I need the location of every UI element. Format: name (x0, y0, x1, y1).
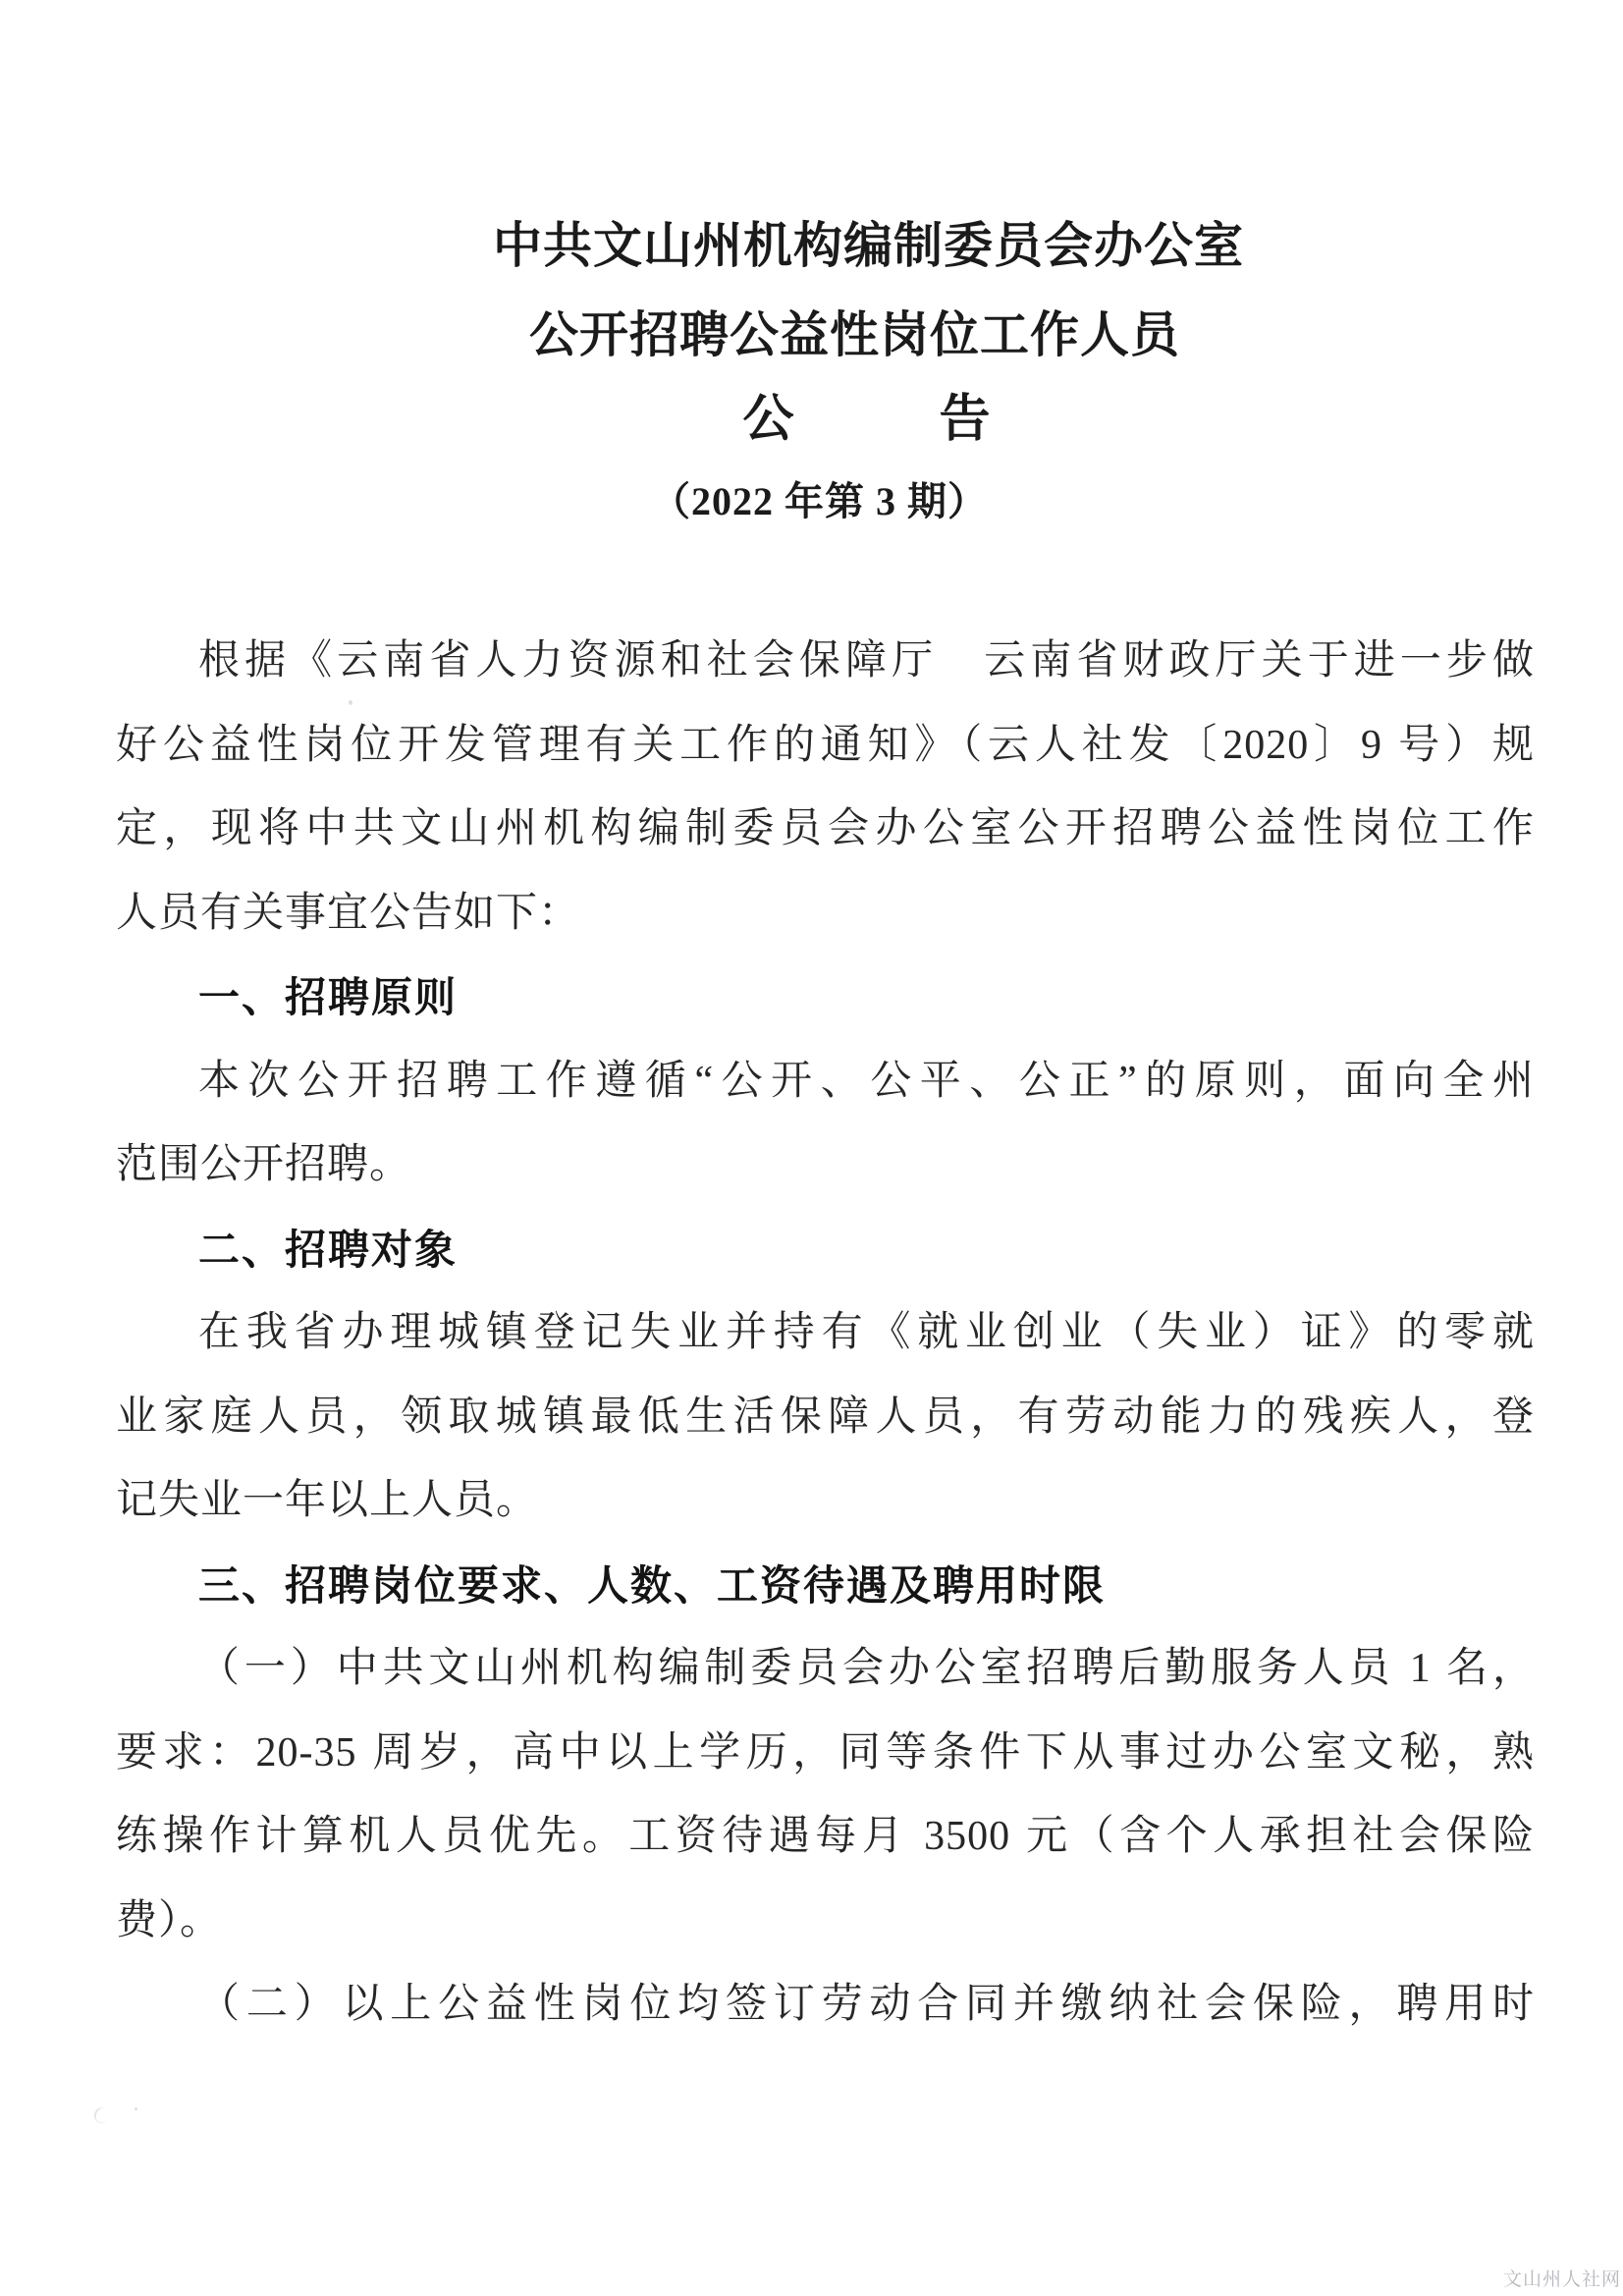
body-line: 在我省办理城镇登记失业并持有《就业创业（失业）证》的零就 (116, 1291, 1535, 1376)
document-page: 中共文山州机构编制委员会办公室 公开招聘公益性岗位工作人员 公告 （2022 年… (0, 0, 1623, 2296)
body-line: 练操作计算机人员优先。工资待遇每月 3500 元（含个人承担社会保险 (116, 1795, 1535, 1880)
body-line: （一）中共文山州机构编制委员会办公室招聘后勤服务人员 1 名， (116, 1627, 1535, 1712)
announcement-heading: 公告 (55, 377, 1623, 451)
scan-artifact (91, 2105, 112, 2125)
site-watermark: 文山州人社网 (1503, 2265, 1621, 2291)
body-line: 范围公开招聘。 (116, 1123, 1535, 1208)
body-line: 好公益性岗位开发管理有关工作的通知》（云人社发〔2020〕9 号）规 (116, 704, 1535, 789)
body-line: 要求：20-35 周岁，高中以上学历，同等条件下从事过办公室文秘，熟 (116, 1712, 1535, 1796)
body-line: 本次公开招聘工作遵循“公开、公平、公正”的原则，面向全州 (116, 1040, 1535, 1124)
doc-title-line-1: 中共文山州机构编制委员会办公室 (57, 206, 1623, 277)
document-body: 根据《云南省人力资源和社会保障厅 云南省财政厅关于进一步做 好公益性岗位开发管理… (116, 620, 1535, 2048)
body-line: 定，现将中共文山州机构编制委员会办公室公开招聘公益性岗位工作 (116, 788, 1535, 872)
doc-title-line-2: 公开招聘公益性岗位工作人员 (43, 296, 1623, 366)
body-line: 业家庭人员，领取城镇最低生活保障人员，有劳动能力的残疾人，登 (116, 1376, 1535, 1460)
body-line: 记失业一年以上人员。 (116, 1459, 1535, 1544)
issue-number: （2022 年第 3 期） (8, 470, 1623, 526)
section-heading: 三、招聘岗位要求、人数、工资待遇及聘用时限 (116, 1544, 1535, 1628)
announcement-char-1: 公 (742, 392, 793, 448)
body-line: 费）。 (116, 1880, 1535, 1964)
announcement-char-2: 告 (940, 392, 991, 448)
body-line: 根据《云南省人力资源和社会保障厅 云南省财政厅关于进一步做 (116, 620, 1535, 704)
section-heading: 一、招聘原则 (116, 956, 1535, 1040)
section-heading: 二、招聘对象 (116, 1208, 1535, 1292)
body-line: （二）以上公益性岗位均签订劳动合同并缴纳社会保险，聘用时 (116, 1963, 1535, 2048)
scan-artifact (135, 2107, 137, 2110)
body-line: 人员有关事宜公告如下： (116, 872, 1535, 957)
